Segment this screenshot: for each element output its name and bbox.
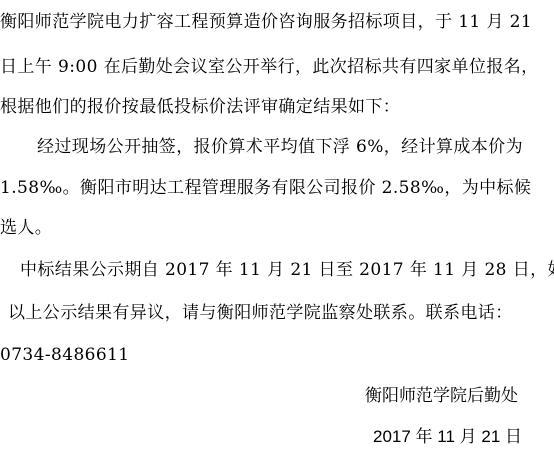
signature-date: 2017 年 11 月 21 日 [373, 427, 522, 447]
paragraph-2-line-2: 1.58‰。衡阳市明达工程管理服务有限公司报价 2.58‰，为中标候 [0, 178, 531, 198]
paragraph-2-line-1: 经过现场公开抽签，报价算术平均值下浮 6%，经计算成本价为 [37, 137, 523, 157]
paragraph-2-line-3: 选人。 [0, 218, 52, 238]
signature-organization: 衡阳师范学院后勤处 [365, 386, 518, 406]
announcement-document: 衡阳师范学院电力扩容工程预算造价咨询服务招标项目，于 11 月 21 日上午 9… [0, 0, 554, 458]
contact-phone: 0734-8486611 [0, 345, 130, 365]
paragraph-1-line-2: 日上午 9:00 在后勤处会议室公开举行，此次招标共有四家单位报名， [0, 57, 539, 77]
paragraph-3-line-1: 中标结果公示期自 2017 年 11 月 21 日至 2017 年 11 月 2… [20, 260, 554, 280]
paragraph-3-line-2: 以上公示结果有异议，请与衡阳师范学院监察处联系。联系电话： [8, 303, 513, 323]
paragraph-1-line-1: 衡阳师范学院电力扩容工程预算造价咨询服务招标项目，于 11 月 21 [0, 12, 532, 32]
paragraph-1-line-3: 根据他们的报价按最低投标价法评审确定结果如下： [0, 97, 400, 117]
